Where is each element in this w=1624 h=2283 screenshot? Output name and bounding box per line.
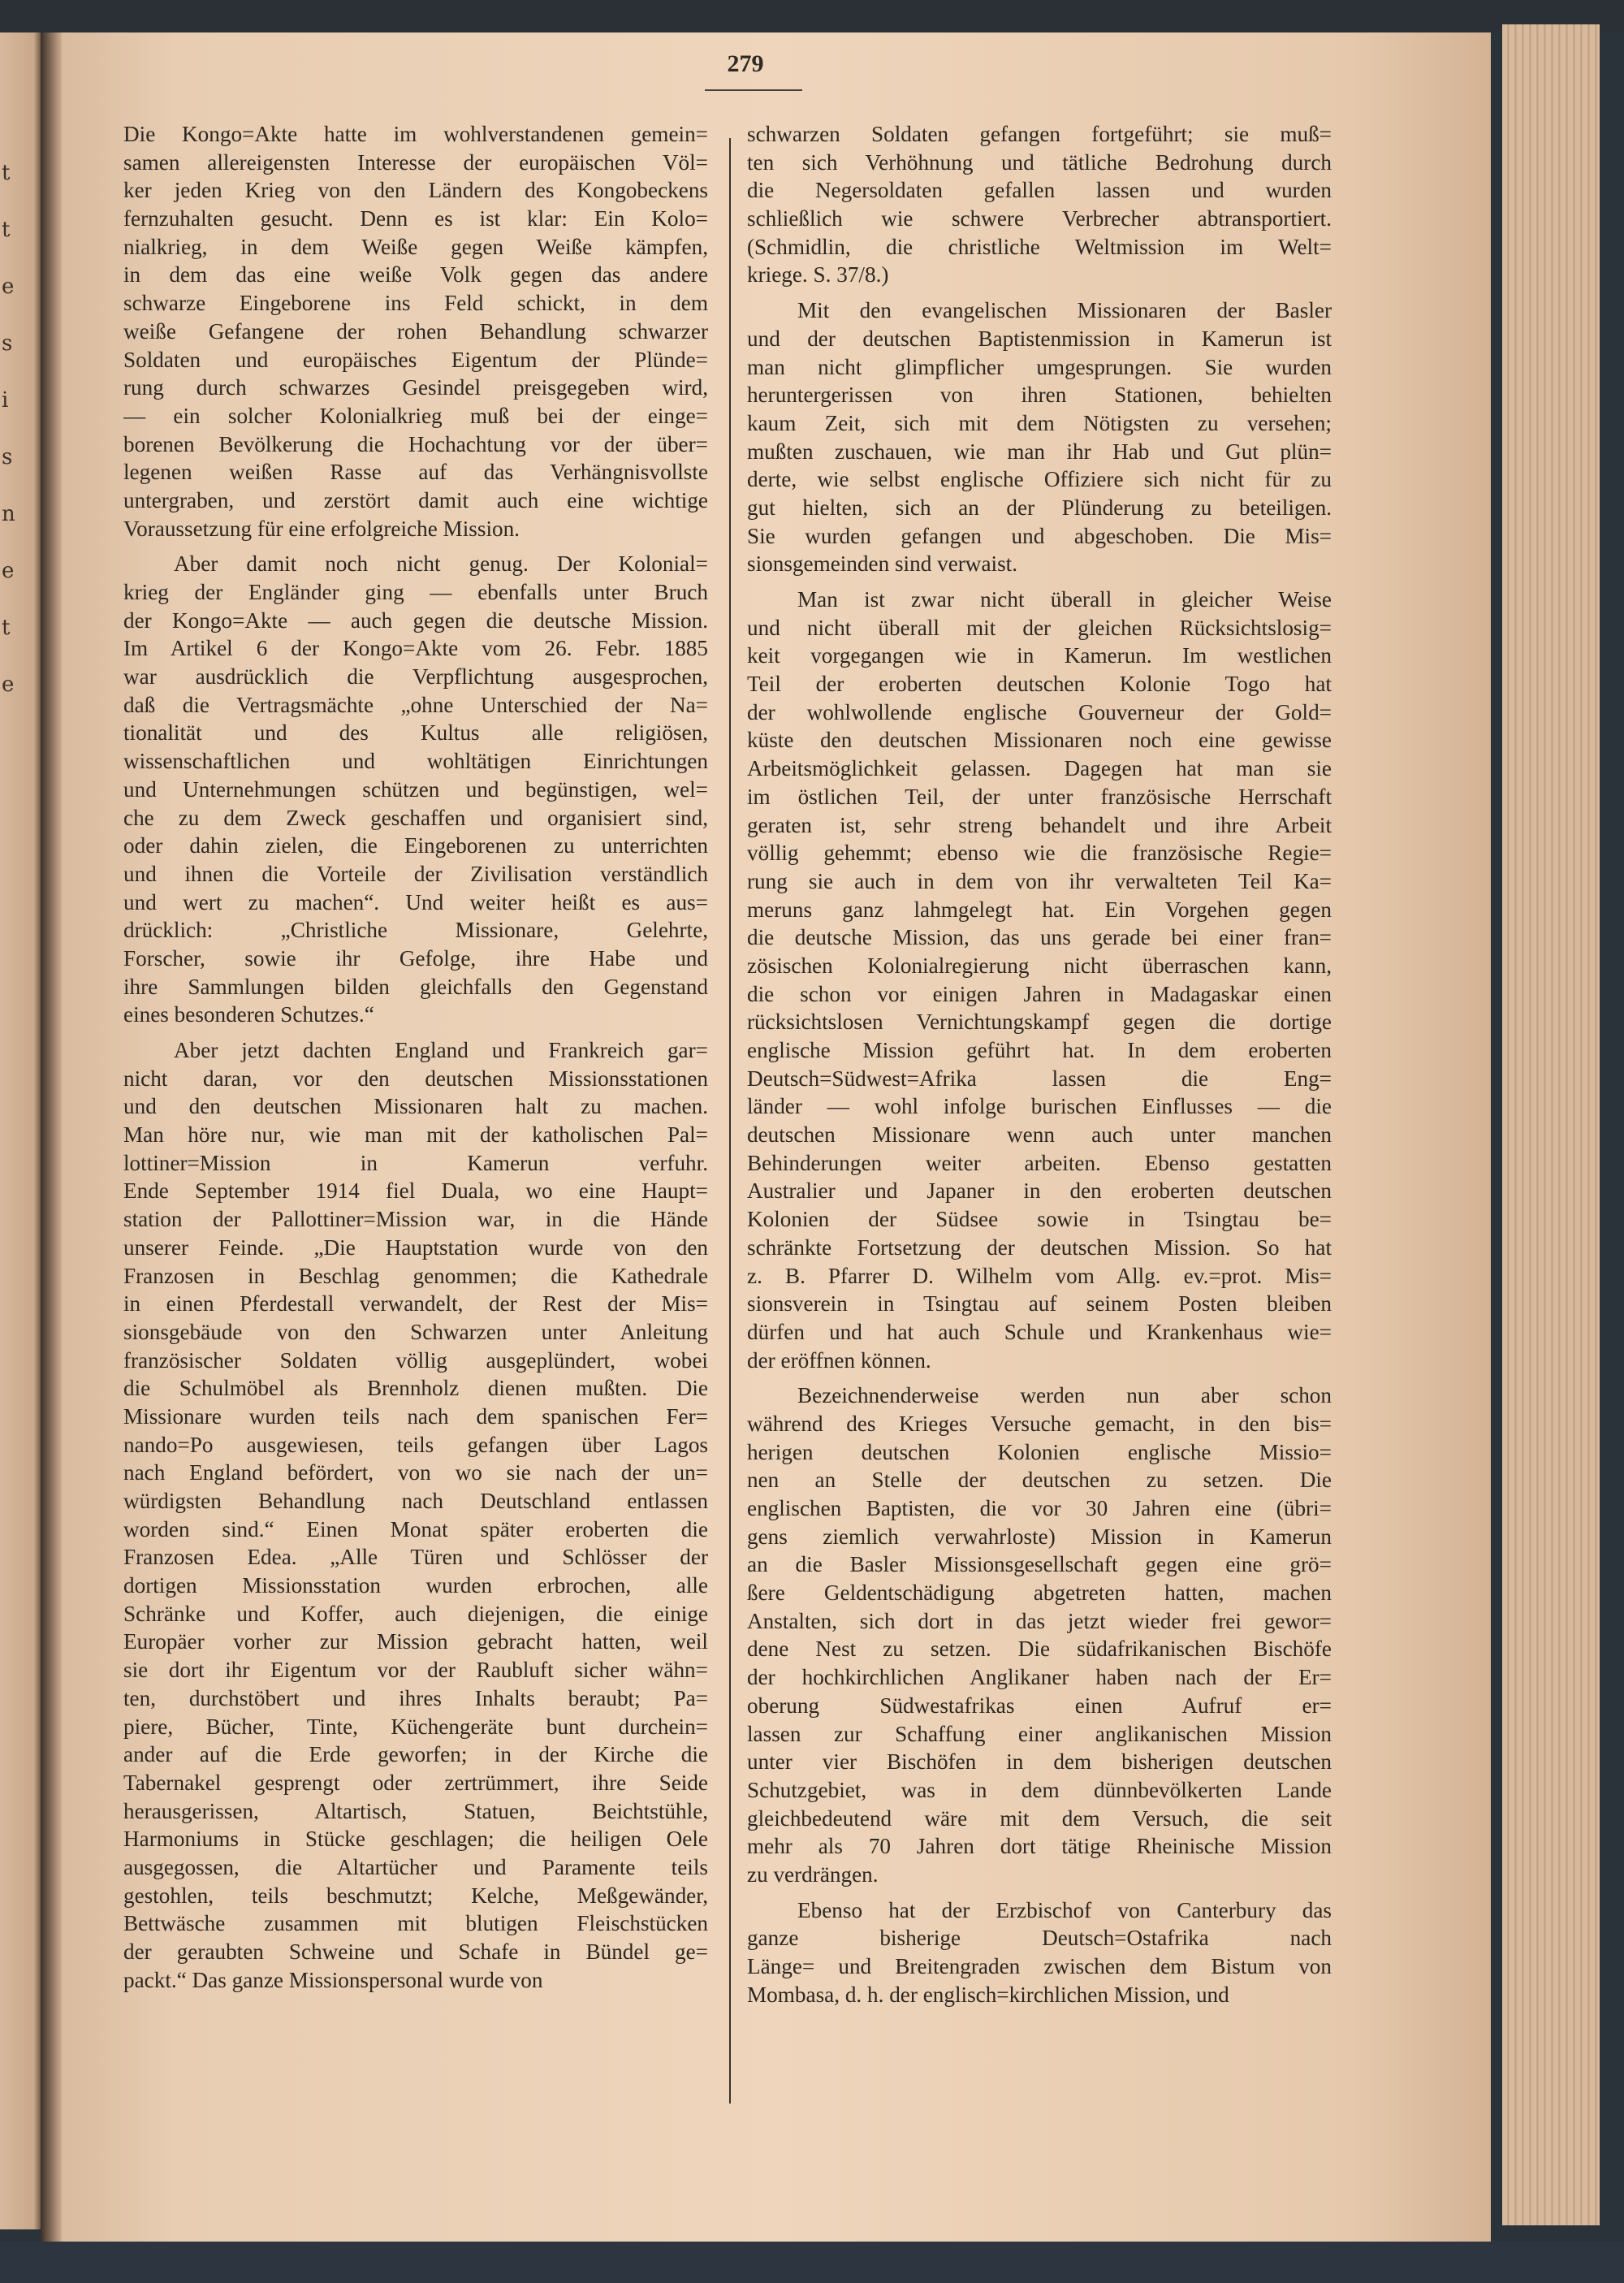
text-line: oder dahin zielen, die Eingeborenen zu u… — [123, 832, 708, 860]
text-line: Ende September 1914 fiel Duala, wo eine … — [123, 1177, 708, 1205]
text-line: Tabernakel gesprengt oder zertrümmert, i… — [123, 1769, 708, 1797]
text-line: schwarze Eingeborene ins Feld schickt, i… — [123, 289, 708, 318]
text-line: Die Kongo=Akte hatte im wohlverstandenen… — [123, 120, 708, 149]
text-line: Missionare wurden teils nach dem spanisc… — [123, 1403, 708, 1431]
previous-page-text-fragment: i — [2, 390, 8, 411]
text-line: krieg der Engländer ging — ebenfalls unt… — [123, 578, 708, 607]
book-cover-bottom — [0, 2242, 1624, 2283]
text-line: Länge= und Breitengraden zwischen dem Bi… — [747, 1952, 1332, 1981]
text-column-right: schwarzen Soldaten gefangen fortgeführt;… — [747, 120, 1332, 2016]
text-line: ganze bisherige Deutsch=Ostafrika nach — [747, 1924, 1332, 1952]
text-line: wissenschaftlichen und wohltätigen Einri… — [123, 747, 708, 776]
text-line: Voraussetzung für eine erfolgreiche Miss… — [123, 515, 708, 543]
text-line: rung sie auch in dem von ihr verwalteten… — [747, 867, 1332, 896]
text-line: Aber damit noch nicht genug. Der Kolonia… — [123, 550, 708, 578]
text-line: Bettwäsche zusammen mit blutigen Fleisch… — [123, 1909, 708, 1938]
text-line: Franzosen Edea. „Alle Türen und Schlösse… — [123, 1543, 708, 1572]
text-line: gut hielten, sich an der Plünderung zu b… — [747, 494, 1332, 522]
text-line: daß die Vertragsmächte „ohne Unterschied… — [123, 691, 708, 720]
paragraph: Bezeichnenderweise werden nun aber schon… — [747, 1381, 1332, 1888]
text-line: keit vorgegangen wie in Kamerun. Im west… — [747, 642, 1332, 670]
text-line: französischer Soldaten völlig ausgeplünd… — [123, 1347, 708, 1375]
text-line: — ein solcher Kolonialkrieg muß bei der … — [123, 402, 708, 430]
text-line: mehr als 70 Jahren dort tätige Rheinisch… — [747, 1832, 1332, 1861]
text-line: dortigen Missionsstation wurden erbroche… — [123, 1572, 708, 1600]
text-line: kriege. S. 37/8.) — [747, 261, 1332, 289]
text-column-left: Die Kongo=Akte hatte im wohlverstandenen… — [123, 120, 708, 2001]
text-line: lassen zur Schaffung einer anglikanische… — [747, 1720, 1332, 1749]
text-line: geraten ist, sehr streng behandelt und i… — [747, 811, 1332, 840]
text-line: während des Krieges Versuche gemacht, in… — [747, 1410, 1332, 1438]
text-line: Europäer vorher zur Mission gebracht hat… — [123, 1628, 708, 1656]
text-line: Deutsch=Südwest=Afrika lassen die Eng= — [747, 1065, 1332, 1093]
text-line: schränkte Fortsetzung der deutschen Miss… — [747, 1234, 1332, 1262]
paragraph: Aber jetzt dachten England und Frankreic… — [123, 1036, 708, 1994]
text-line: untergraben, und zerstört damit auch ein… — [123, 486, 708, 515]
text-line: gens ziemlich verwahrloste) Mission in K… — [747, 1523, 1332, 1551]
text-line: Man höre nur, wie man mit der katholisch… — [123, 1121, 708, 1149]
text-line: worden sind.“ Einen Monat später erobert… — [123, 1516, 708, 1544]
text-line: völlig gehemmt; ebenso wie die französis… — [747, 839, 1332, 867]
text-line: legenen weißen Rasse auf das Verhängnisv… — [123, 458, 708, 486]
text-line: drücklich: „Christliche Missionare, Gele… — [123, 916, 708, 945]
text-line: Arbeitsmöglichkeit gelassen. Dagegen hat… — [747, 755, 1332, 783]
previous-page-text-fragment: e — [2, 276, 14, 297]
text-line: oberung Südwestafrikas einen Aufruf er= — [747, 1692, 1332, 1720]
page-number: 279 — [705, 50, 786, 78]
text-line: ßere Geldentschädigung abgetreten hatten… — [747, 1579, 1332, 1607]
text-line: unter vier Bischöfen in dem bisherigen d… — [747, 1748, 1332, 1776]
text-line: nialkrieg, in dem Weiße gegen Weiße kämp… — [123, 233, 708, 262]
text-line: borenen Bevölkerung die Hochachtung vor … — [123, 430, 708, 459]
text-line: Bezeichnenderweise werden nun aber schon — [747, 1381, 1332, 1410]
text-line: Harmoniums in Stücke geschlagen; die hei… — [123, 1825, 708, 1853]
text-line: zu verdrängen. — [747, 1861, 1332, 1889]
text-line: der hochkirchlichen Anglikaner haben nac… — [747, 1663, 1332, 1692]
text-line: schließlich wie schwere Verbrecher abtra… — [747, 205, 1332, 233]
text-line: küste den deutschen Missionaren noch ein… — [747, 726, 1332, 755]
paragraph: Aber damit noch nicht genug. Der Kolonia… — [123, 550, 708, 1029]
page-stack-edges — [1502, 24, 1600, 2225]
text-line: lottiner=Mission in Kamerun verfuhr. — [123, 1149, 708, 1178]
previous-page-text-fragment: s — [2, 333, 12, 354]
text-line: Behinderungen weiter arbeiten. Ebenso ge… — [747, 1149, 1332, 1178]
text-line: station der Pallottiner=Mission war, in … — [123, 1205, 708, 1234]
text-line: die schon vor einigen Jahren in Madagask… — [747, 980, 1332, 1009]
text-line: packt.“ Das ganze Missionspersonal wurde… — [123, 1966, 708, 1995]
text-line: meruns ganz lahmgelegt hat. Ein Vorgehen… — [747, 896, 1332, 924]
text-line: mußten zuschauen, wie man ihr Hab und Gu… — [747, 438, 1332, 466]
text-line: und wert zu machen“. Und weiter heißt es… — [123, 889, 708, 917]
text-line: länder — wohl infolge burischen Einfluss… — [747, 1092, 1332, 1121]
text-line: Mit den evangelischen Missionaren der Ba… — [747, 296, 1332, 325]
text-line: die Schulmöbel als Brennholz dienen mußt… — [123, 1374, 708, 1403]
text-line: Mombasa, d. h. der englisch=kirchlichen … — [747, 1981, 1332, 2009]
text-line: Franzosen in Beschlag genommen; die Kath… — [123, 1262, 708, 1291]
header-rule — [705, 89, 802, 91]
previous-page-text-fragment: n — [2, 504, 15, 525]
text-line: Sie wurden gefangen und abgeschoben. Die… — [747, 522, 1332, 551]
text-line: tionalität und des Kultus alle religiöse… — [123, 719, 708, 747]
text-line: in dem das eine weiße Volk gegen das and… — [123, 261, 708, 289]
text-line: heruntergerissen von ihren Stationen, be… — [747, 381, 1332, 409]
text-line: und ihnen die Vorteile der Zivilisation … — [123, 860, 708, 889]
text-line: würdigsten Behandlung nach Deutschland e… — [123, 1487, 708, 1516]
text-line: der eröffnen können. — [747, 1347, 1332, 1375]
text-line: fernzuhalten gesucht. Denn es ist klar: … — [123, 205, 708, 233]
text-line: Forscher, sowie ihr Gefolge, ihre Habe u… — [123, 945, 708, 973]
previous-page-text-fragment: e — [2, 674, 14, 695]
text-line: z. B. Pfarrer D. Wilhelm vom Allg. ev.=p… — [747, 1262, 1332, 1291]
text-line: kaum Zeit, sich mit dem Nötigsten zu ver… — [747, 409, 1332, 438]
text-line: ihre Sammlungen bilden gleichfalls den G… — [123, 973, 708, 1001]
column-divider — [729, 138, 731, 2104]
text-line: sionsverein in Tsingtau auf seinem Poste… — [747, 1290, 1332, 1318]
text-line: schwarzen Soldaten gefangen fortgeführt;… — [747, 120, 1332, 149]
paragraph: Mit den evangelischen Missionaren der Ba… — [747, 296, 1332, 578]
text-line: Teil der eroberten deutschen Kolonie Tog… — [747, 670, 1332, 698]
text-line: englischen Baptisten, die vor 30 Jahren … — [747, 1494, 1332, 1523]
text-line: rücksichtslosen Vernichtungskampf gegen … — [747, 1008, 1332, 1036]
text-line: gleichbedeutend wäre mit dem Versuch, di… — [747, 1805, 1332, 1833]
previous-page-edge: ttesisnete — [0, 32, 42, 2229]
text-line: an die Basler Missionsgesellschaft gegen… — [747, 1550, 1332, 1579]
text-line: ker jeden Krieg von den Ländern des Kong… — [123, 176, 708, 205]
text-line: eines besonderen Schutzes.“ — [123, 1001, 708, 1029]
paragraph: Die Kongo=Akte hatte im wohlverstandenen… — [123, 120, 708, 543]
previous-page-text-fragment: e — [2, 560, 14, 582]
text-line: ander auf die Erde geworfen; in der Kirc… — [123, 1740, 708, 1769]
text-line: dene Nest zu setzen. Die südafrikanische… — [747, 1635, 1332, 1663]
text-line: derte, wie selbst englische Offiziere si… — [747, 465, 1332, 494]
text-line: der wohlwollende englische Gouverneur de… — [747, 698, 1332, 727]
text-line: herigen deutschen Kolonien englische Mis… — [747, 1438, 1332, 1467]
book-gutter — [41, 32, 63, 2242]
text-line: und Unternehmungen schützen und begünsti… — [123, 776, 708, 804]
text-line: Schutzgebiet, was in dem dünnbevölkerten… — [747, 1776, 1332, 1805]
text-line: (Schmidlin, die christliche Weltmission … — [747, 233, 1332, 262]
text-line: deutschen Missionare wenn auch unter man… — [747, 1121, 1332, 1149]
previous-page-text-fragment: t — [2, 617, 10, 638]
text-line: Soldaten und europäisches Eigentum der P… — [123, 346, 708, 374]
text-line: im östlichen Teil, der unter französisch… — [747, 783, 1332, 811]
paragraph: Ebenso hat der Erzbischof von Canterbury… — [747, 1896, 1332, 2009]
text-line: piere, Bücher, Tinte, Küchengeräte bunt … — [123, 1713, 708, 1741]
text-line: dürfen und hat auch Schule und Krankenha… — [747, 1318, 1332, 1347]
text-line: herausgerissen, Altartisch, Statuen, Bei… — [123, 1797, 708, 1826]
text-line: Man ist zwar nicht überall in gleicher W… — [747, 586, 1332, 614]
text-line: sionsgemeinden sind verwaist. — [747, 550, 1332, 578]
text-line: ten, durchstöbert und ihres Inhalts bera… — [123, 1684, 708, 1713]
text-line: Kolonien der Südsee sowie in Tsingtau be… — [747, 1205, 1332, 1234]
text-line: unserer Feinde. „Die Hauptstation wurde … — [123, 1234, 708, 1262]
text-line: und den deutschen Missionaren halt zu ma… — [123, 1092, 708, 1121]
previous-page-text-fragment: t — [2, 162, 10, 184]
text-line: nen an Stelle der deutschen zu setzen. D… — [747, 1466, 1332, 1494]
text-line: nach England befördert, von wo sie nach … — [123, 1459, 708, 1487]
text-line: nicht daran, vor den deutschen Missionss… — [123, 1065, 708, 1093]
text-line: und nicht überall mit der gleichen Rücks… — [747, 614, 1332, 642]
text-line: Ebenso hat der Erzbischof von Canterbury… — [747, 1896, 1332, 1925]
text-line: ausgegossen, die Altartücher und Paramen… — [123, 1853, 708, 1882]
text-line: und der deutschen Baptistenmission in Ka… — [747, 325, 1332, 353]
text-line: samen allereigensten Interesse der europ… — [123, 149, 708, 177]
text-line: der geraubten Schweine und Schafe in Bün… — [123, 1938, 708, 1966]
text-line: Aber jetzt dachten England und Frankreic… — [123, 1036, 708, 1065]
text-line: nando=Po ausgewiesen, teils gefangen übe… — [123, 1431, 708, 1459]
text-line: sionsgebäude von den Schwarzen unter Anl… — [123, 1318, 708, 1347]
book-cover-top — [0, 0, 1624, 32]
text-line: Australier und Japaner in den eroberten … — [747, 1177, 1332, 1205]
text-line: rung durch schwarzes Gesindel preisgegeb… — [123, 374, 708, 402]
text-line: Anstalten, sich dort in das jetzt wieder… — [747, 1607, 1332, 1636]
text-line: in einen Pferdestall verwandelt, der Res… — [123, 1290, 708, 1318]
text-line: ten sich Verhöhnung und tätliche Bedrohu… — [747, 149, 1332, 177]
text-line: der Kongo=Akte — auch gegen die deutsche… — [123, 607, 708, 635]
previous-page-text-fragment: s — [2, 447, 12, 468]
text-line: Im Artikel 6 der Kongo=Akte vom 26. Febr… — [123, 634, 708, 663]
text-line: gestohlen, teils beschmutzt; Kelche, Meß… — [123, 1882, 708, 1910]
text-line: man nicht glimpflicher umgesprungen. Sie… — [747, 353, 1332, 382]
paragraph: Man ist zwar nicht überall in gleicher W… — [747, 586, 1332, 1374]
text-line: che zu dem Zweck geschaffen und organisi… — [123, 804, 708, 832]
text-line: Schränke und Koffer, auch diejenigen, di… — [123, 1600, 708, 1628]
text-line: die Negersoldaten gefallen lassen und wu… — [747, 176, 1332, 205]
previous-page-text-fragment: t — [2, 219, 10, 240]
text-line: die deutsche Mission, das uns gerade bei… — [747, 923, 1332, 952]
text-line: war ausdrücklich die Verpflichtung ausge… — [123, 663, 708, 691]
paragraph: schwarzen Soldaten gefangen fortgeführt;… — [747, 120, 1332, 289]
text-line: weiße Gefangene der rohen Behandlung sch… — [123, 318, 708, 346]
text-line: englische Mission geführt hat. In dem er… — [747, 1036, 1332, 1065]
text-line: zösischen Kolonialregierung nicht überra… — [747, 952, 1332, 980]
text-line: sie dort ihr Eigentum vor der Raubluft s… — [123, 1656, 708, 1684]
